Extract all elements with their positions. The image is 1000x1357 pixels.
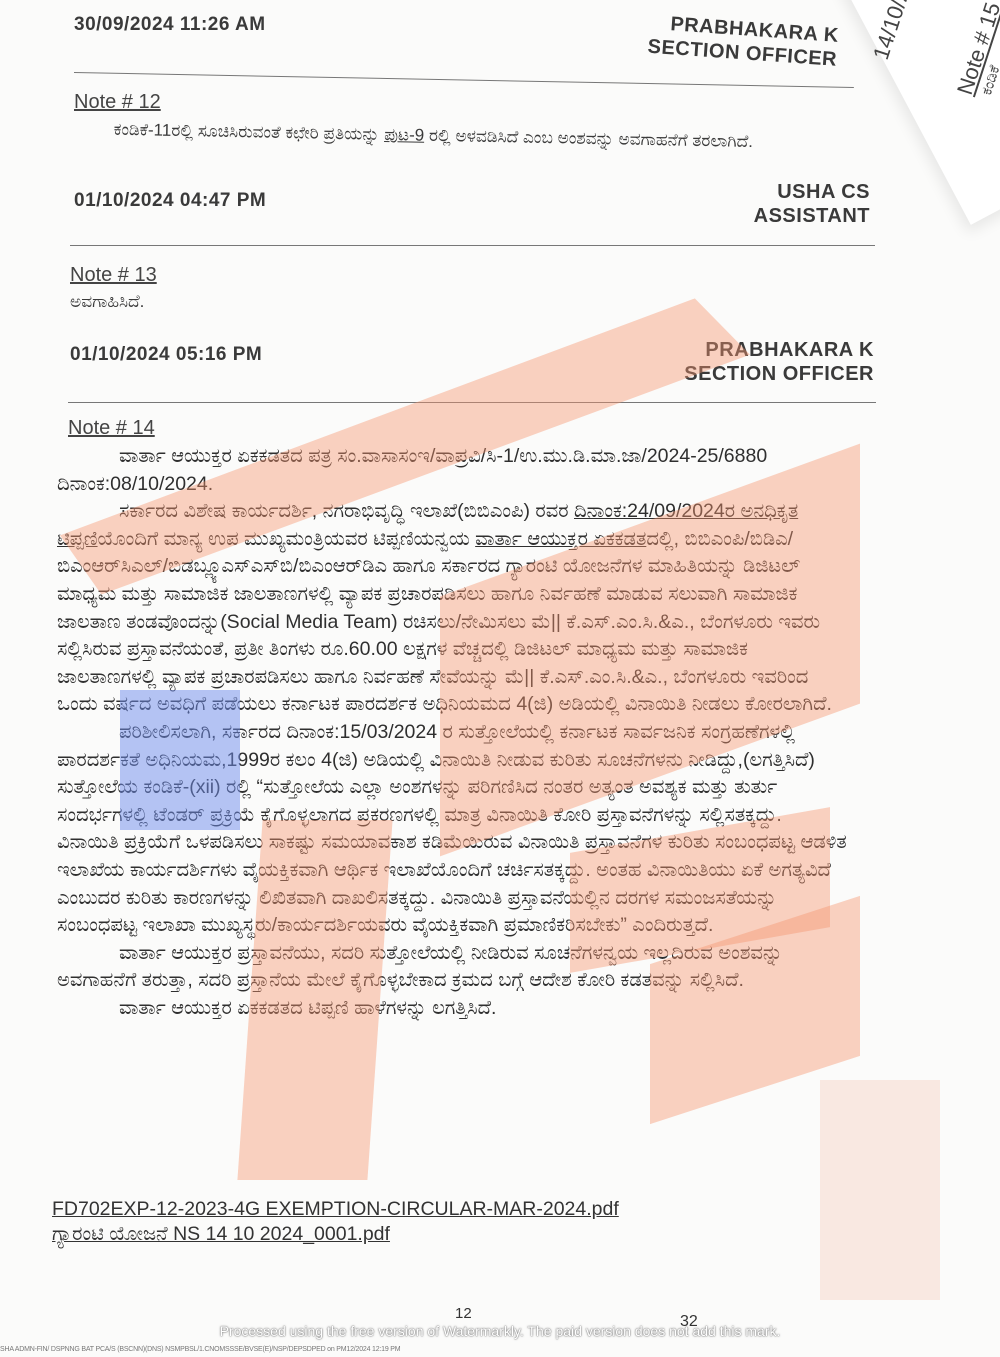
divider: [68, 402, 876, 403]
document-page: 14/10/2 Note # 15 ಕಂಡಿಕೆ 30/09/2024 11:2…: [0, 0, 1000, 1357]
watermark-shape: [820, 1080, 940, 1300]
attachment-link[interactable]: ಗ್ಯಾರಂಟಿ ಯೋಜನೆ NS 14 10 2024_0001.pdf: [52, 1223, 390, 1246]
page-link[interactable]: ಪುಟ-9: [384, 125, 424, 145]
divider: [70, 245, 875, 246]
text: ದಲ್ಲಿ, ಬಿಬಿಎಂಪಿ/ಬಿಡಿಎ/ಬಿಎಂಆರ್‌ಸಿಎಲ್/ಬಿಡಬ…: [57, 528, 832, 716]
note-14-paragraph: ವಾರ್ತಾ ಆಯುಕ್ತರ ಏಕಕಡತದ ಟಿಪ್ಪಣಿ ಹಾಳೆಗಳನ್ನು…: [57, 995, 847, 1023]
note-13-title: Note # 13: [70, 264, 157, 287]
note-12-title: Note # 12: [74, 91, 161, 114]
note-12-text: ಕಂಡಿಕೆ-11ರಲ್ಲಿ ಸೂಚಿಸಿರುವಂತೆ ಕಛೇರಿ ಪ್ರತಿಯ…: [114, 120, 385, 144]
note-14-body: ವಾರ್ತಾ ಆಯುಕ್ತರ ಏಕಕಡತದ ಪತ್ರ ಸಂ.ವಾಸಾಸಂಇ/ವಾ…: [57, 443, 847, 1022]
text: ಯೊಂದಿಗೆ ಮಾನ್ಯ ಉಪ ಮುಖ್ಯಮಂತ್ರಿಯವರ ಟಿಪ್ಪಣಿಯ…: [98, 528, 476, 550]
underlined-reference: ವಾರ್ತಾ ಆಯುಕ್ತರ ಏಕಕಡತ: [475, 528, 646, 550]
signer-role: ASSISTANT: [650, 204, 870, 228]
note-12-text-end: ರಲ್ಲಿ ಅಳವಡಿಸಿದೆ ಎಂಬ ಅಂಶವನ್ನು ಅವಗಾಹನೆಗೆ ತ…: [424, 126, 753, 151]
note-13-body: ಅವಗಾಹಿಸಿದೆ.: [70, 291, 144, 313]
divider: [74, 72, 854, 88]
note-14-paragraph: ವಾರ್ತಾ ಆಯುಕ್ತರ ಏಕಕಡತದ ಪತ್ರ ಸಂ.ವಾಸಾಸಂಇ/ವಾ…: [57, 443, 847, 498]
signer-name: PRABHAKARA K: [620, 338, 874, 362]
note-11-timestamp: 30/09/2024 11:26 AM: [74, 14, 266, 36]
note-12-timestamp: 01/10/2024 04:47 PM: [74, 190, 266, 212]
note-14-paragraph: ಸರ್ಕಾರದ ವಿಶೇಷ ಕಾರ್ಯದರ್ಶಿ, ನಗರಾಭಿವೃದ್ಧಿ ಇ…: [57, 498, 847, 719]
note-13-timestamp: 01/10/2024 05:16 PM: [70, 344, 262, 366]
note-13-signer: PRABHAKARA K SECTION OFFICER: [620, 338, 874, 386]
watermark-notice: Processed using the free version of Wate…: [0, 1323, 1000, 1339]
note-12-signer: USHA CS ASSISTANT: [650, 180, 870, 228]
text: ಸರ್ಕಾರದ ವಿಶೇಷ ಕಾರ್ಯದರ್ಶಿ, ನಗರಾಭಿವೃದ್ಧಿ ಇ…: [119, 500, 574, 522]
note-14-title: Note # 14: [68, 417, 155, 440]
signer-name: USHA CS: [650, 180, 870, 204]
page-number: 12: [455, 1305, 472, 1322]
signer-role: SECTION OFFICER: [620, 362, 874, 386]
note-11-signer: PRABHAKARA K SECTION OFFICER: [637, 10, 840, 72]
note-12-body: ಕಂಡಿಕೆ-11ರಲ್ಲಿ ಸೂಚಿಸಿರುವಂತೆ ಕಛೇರಿ ಪ್ರತಿಯ…: [74, 118, 874, 155]
print-footer: SHA ADMN-FIN/ DSPNNG BAT PCA/S (BSCNN)(D…: [0, 1346, 400, 1353]
note-14-paragraph: ಪರಿಶೀಲಿಸಲಾಗಿ, ಸರ್ಕಾರದ ದಿನಾಂಕ:15/03/2024 …: [57, 719, 847, 940]
attachment-link[interactable]: FD702EXP-12-2023-4G EXEMPTION-CIRCULAR-M…: [52, 1198, 619, 1221]
note-14-paragraph: ವಾರ್ತಾ ಆಯುಕ್ತರ ಪ್ರಸ್ತಾವನೆಯು, ಸದರಿ ಸುತ್ತೋ…: [57, 940, 847, 995]
